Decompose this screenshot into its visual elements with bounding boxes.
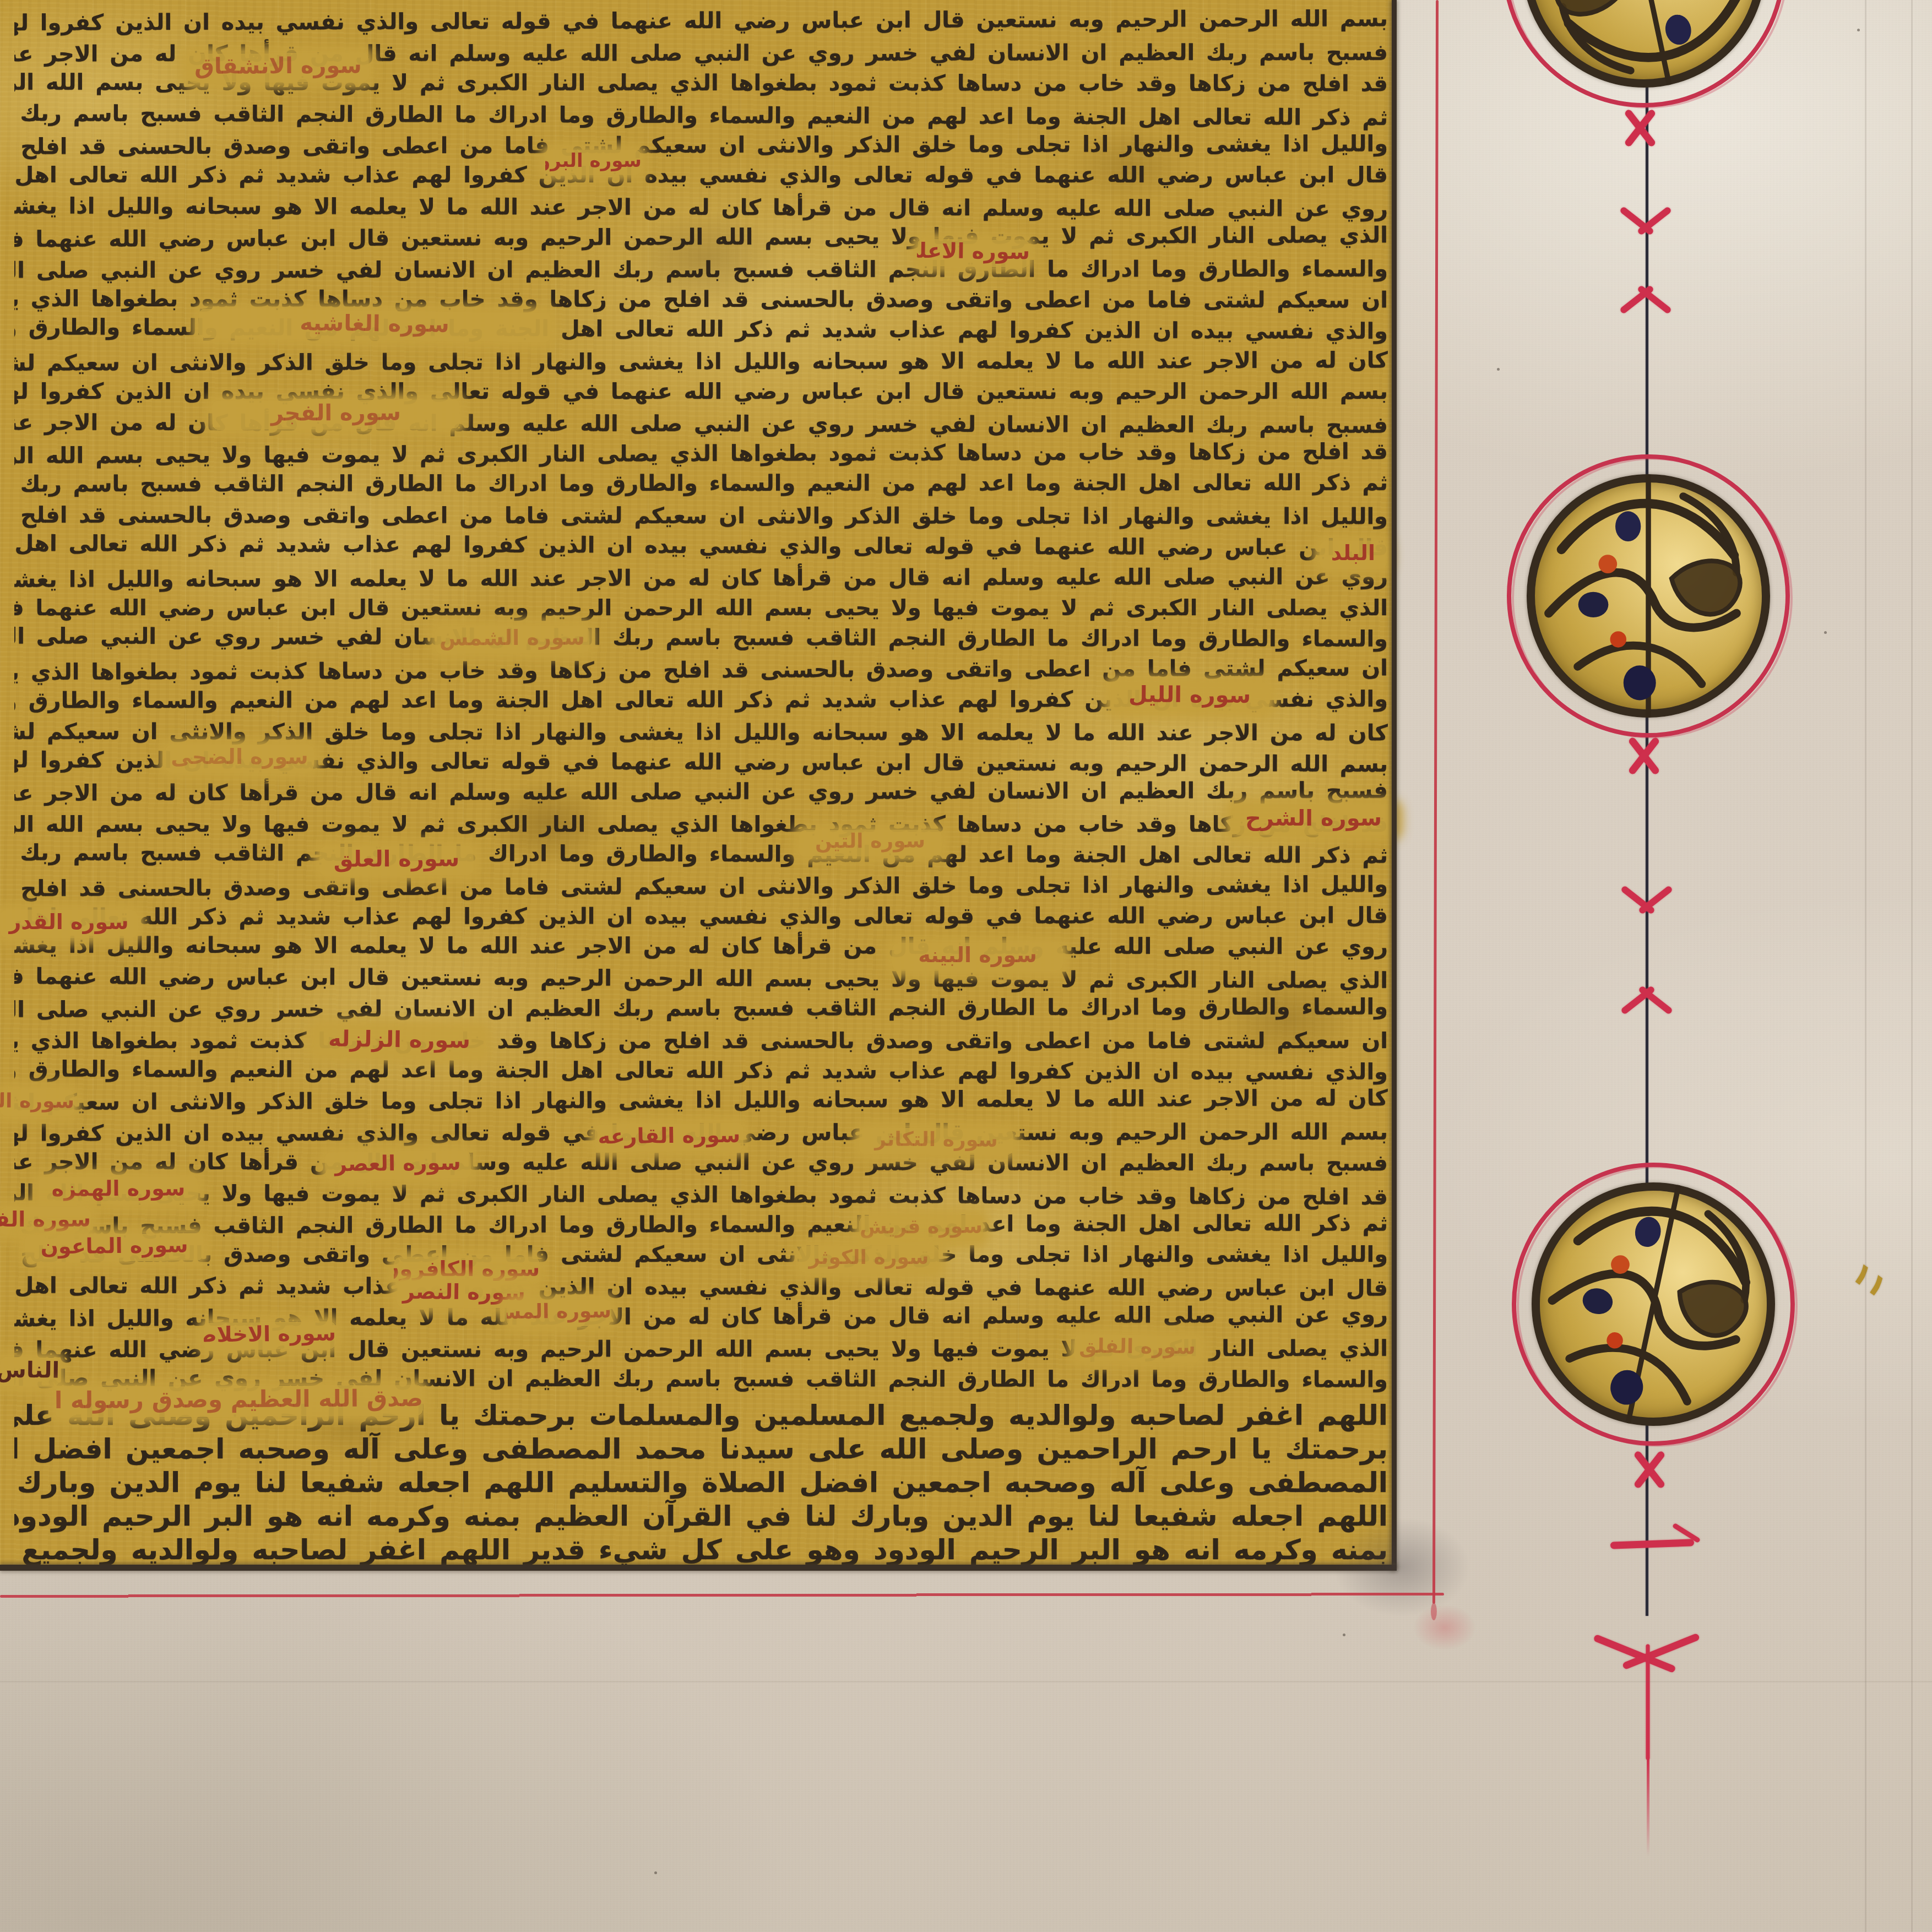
manuscript-photo: بسم الله الرحمن الرحيم وبه نستعين قال اب… (0, 0, 1932, 1932)
gold-medallion-1 (1502, 0, 1786, 107)
medallion-interlace-motif (1509, 1160, 1798, 1448)
medallion-interlace-motif (1527, 474, 1770, 718)
gold-medallion-2 (1507, 454, 1790, 737)
gold-medallion-3 (1512, 1163, 1795, 1446)
medallions-layer (0, 0, 1932, 1932)
